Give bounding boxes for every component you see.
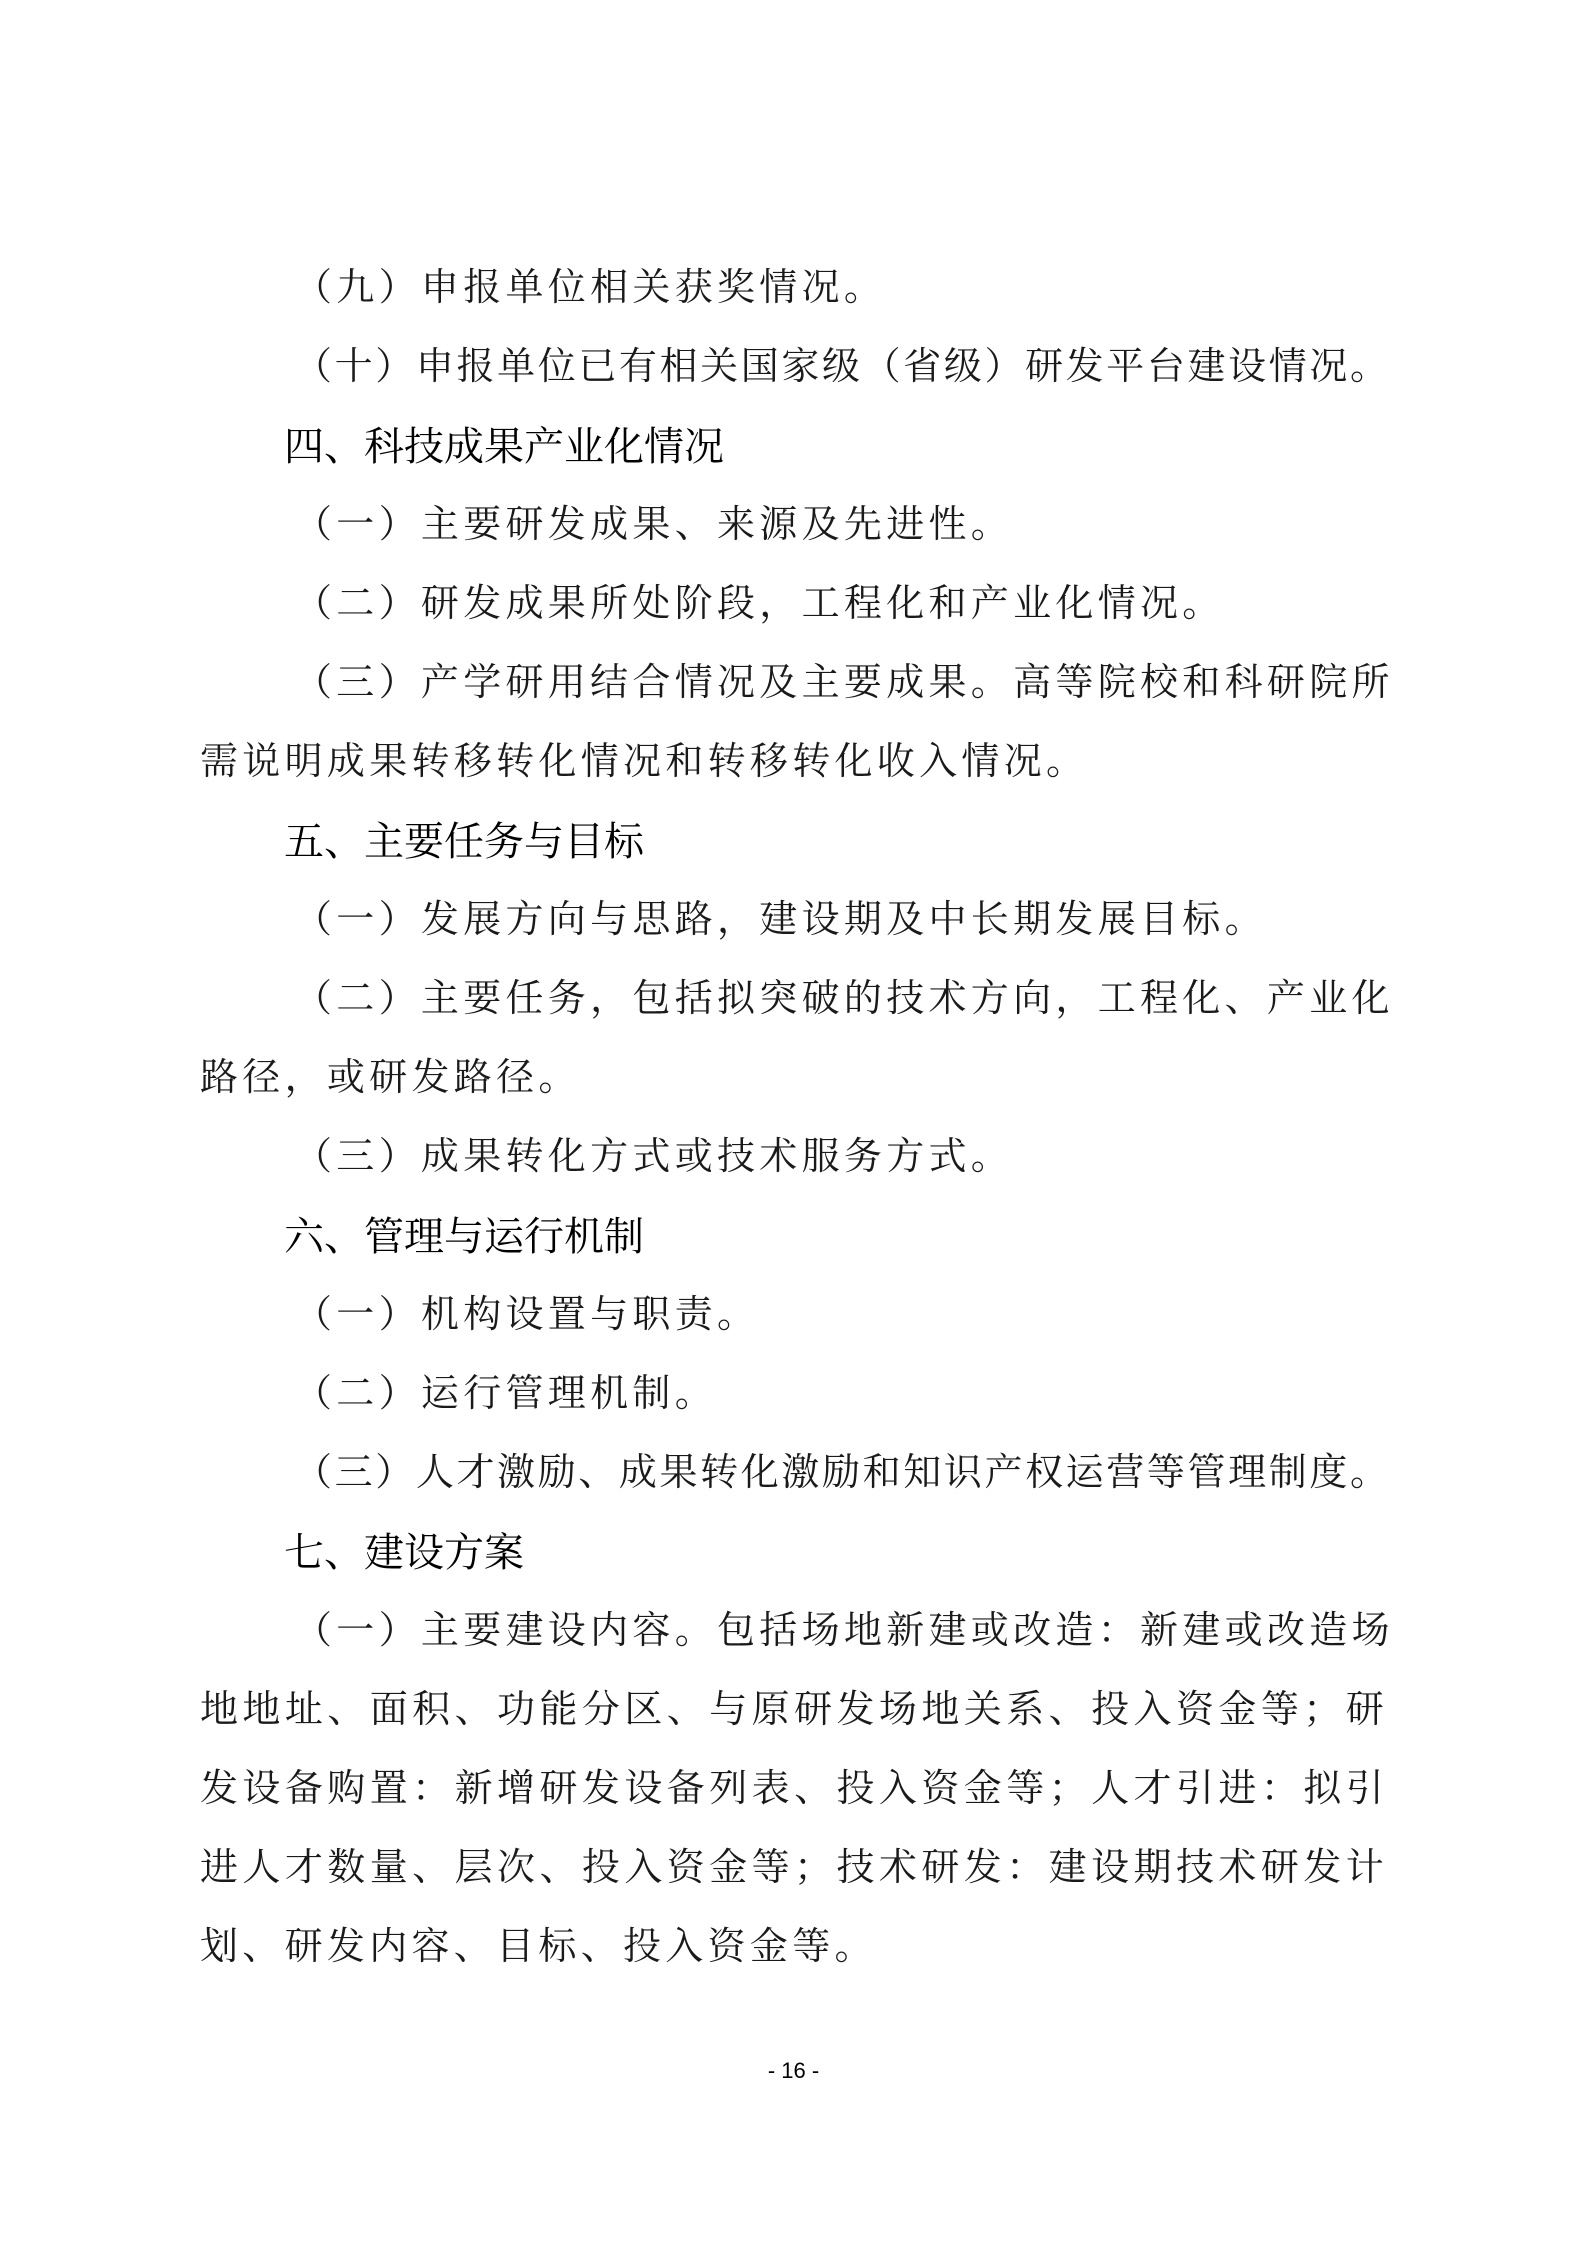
paragraph-line: 发设备购置：新增研发设备列表、投入资金等；人才引进：拟引: [200, 1763, 1388, 1842]
item-4-3-industry-academia: （三）产学研用结合情况及主要成果。高等院校和科研院所 需说明成果转移转化情况和转…: [200, 657, 1388, 815]
item-6-1-organization: （一）机构设置与职责。: [200, 1289, 1388, 1368]
item-5-2-main-tasks: （二）主要任务，包括拟突破的技术方向，工程化、产业化 路径，或研发路径。: [200, 973, 1388, 1131]
paragraph-text: （二）研发成果所处阶段，工程化和产业化情况。: [294, 581, 1225, 625]
paragraph-line: 划、研发内容、目标、投入资金等。: [200, 1921, 1388, 2000]
document-page: （九）申报单位相关获奖情况。 （十）申报单位已有相关国家级（省级）研发平台建设情…: [0, 0, 1587, 2245]
item-4-1-main-results: （一）主要研发成果、来源及先进性。: [200, 499, 1388, 578]
item-6-3-incentives: （三）人才激励、成果转化激励和知识产权运营等管理制度。: [200, 1447, 1388, 1526]
paragraph-line: （三）产学研用结合情况及主要成果。高等院校和科研院所: [200, 657, 1388, 736]
paragraph-text: （三）成果转化方式或技术服务方式。: [294, 1134, 1013, 1178]
paragraph-line: 进人才数量、层次、投入资金等；技术研发：建设期技术研发计: [200, 1842, 1388, 1921]
page-number: - 16 -: [0, 2058, 1587, 2084]
item-9-award-status: （九）申报单位相关获奖情况。: [200, 262, 1388, 341]
paragraph-line: （二）主要任务，包括拟突破的技术方向，工程化、产业化: [200, 973, 1388, 1052]
paragraph-text: （一）机构设置与职责。: [294, 1292, 759, 1336]
item-5-3-transfer-method: （三）成果转化方式或技术服务方式。: [200, 1131, 1388, 1210]
section-heading-6: 六、管理与运行机制: [200, 1210, 1388, 1289]
paragraph-text: （三）人才激励、成果转化激励和知识产权运营等管理制度。: [294, 1450, 1388, 1494]
section-heading-5: 五、主要任务与目标: [200, 815, 1388, 894]
paragraph-text: （一）发展方向与思路，建设期及中长期发展目标。: [294, 897, 1267, 941]
paragraph-line: （一）主要建设内容。包括场地新建或改造：新建或改造场: [200, 1605, 1388, 1684]
item-4-2-stage: （二）研发成果所处阶段，工程化和产业化情况。: [200, 578, 1388, 657]
document-body: （九）申报单位相关获奖情况。 （十）申报单位已有相关国家级（省级）研发平台建设情…: [200, 262, 1388, 2000]
section-heading-4: 四、科技成果产业化情况: [200, 420, 1388, 499]
item-7-1-construction-content: （一）主要建设内容。包括场地新建或改造：新建或改造场 地地址、面积、功能分区、与…: [200, 1605, 1388, 2000]
paragraph-text: （一）主要研发成果、来源及先进性。: [294, 502, 1013, 546]
paragraph-text: （十）申报单位已有相关国家级（省级）研发平台建设情况。: [294, 344, 1388, 388]
paragraph-text: （二）运行管理机制。: [294, 1371, 717, 1415]
section-heading-7: 七、建设方案: [200, 1526, 1388, 1605]
paragraph-line: 地地址、面积、功能分区、与原研发场地关系、投入资金等；研: [200, 1684, 1388, 1763]
paragraph-text: （九）申报单位相关获奖情况。: [294, 265, 886, 309]
paragraph-line: 需说明成果转移转化情况和转移转化收入情况。: [200, 736, 1388, 815]
paragraph-line: 路径，或研发路径。: [200, 1052, 1388, 1131]
item-10-existing-platforms: （十）申报单位已有相关国家级（省级）研发平台建设情况。: [200, 341, 1388, 420]
item-5-1-direction: （一）发展方向与思路，建设期及中长期发展目标。: [200, 894, 1388, 973]
item-6-2-operations: （二）运行管理机制。: [200, 1368, 1388, 1447]
